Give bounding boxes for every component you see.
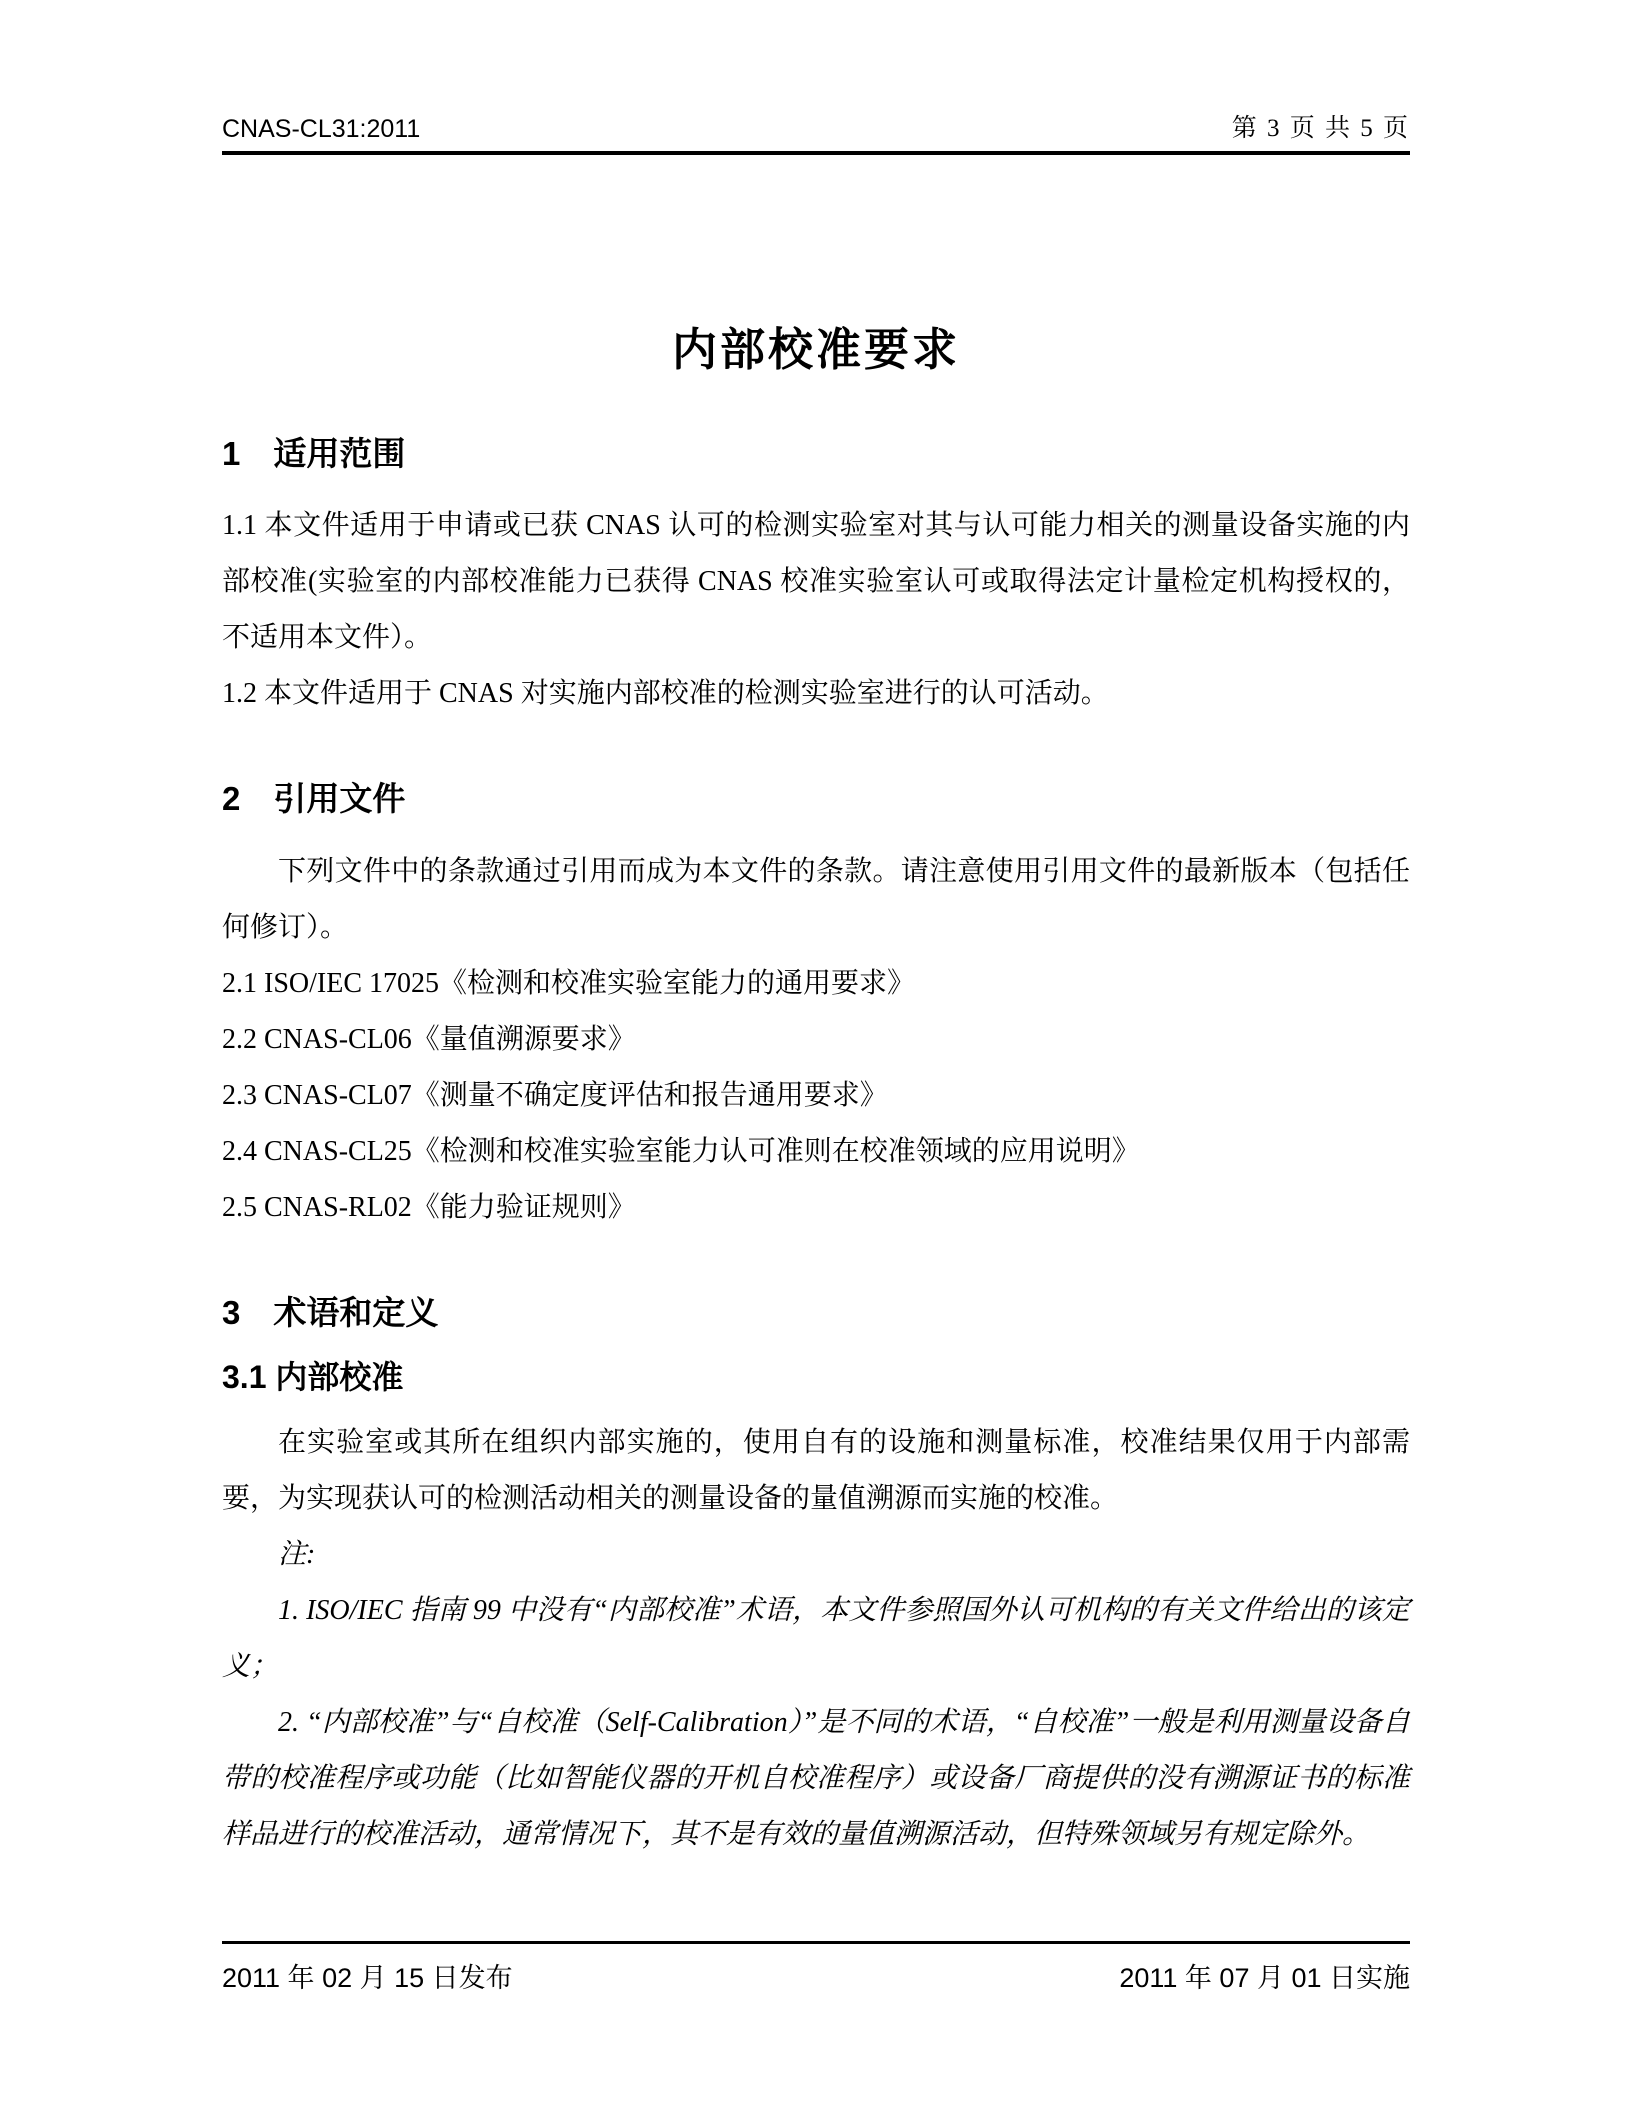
section-3-1-heading: 3.1 内部校准 [222,1357,1410,1397]
note-label: 注: [222,1527,1410,1583]
reference-item-2-4: 2.4 CNAS-CL25《检测和校准实验室能力认可准则在校准领域的应用说明》 [222,1124,1410,1180]
reference-item-2-5: 2.5 CNAS-RL02《能力验证规则》 [222,1180,1410,1236]
page-header: CNAS-CL31:2011 第 3 页 共 5 页 [222,108,1410,155]
section-3-heading: 3 术语和定义 [222,1292,1410,1333]
footer-issue-date: 2011 年 02 月 15 日发布 [222,1956,513,1995]
section-1-heading: 1 适用范围 [222,433,1410,474]
note-item-2: 2. “内部校准”与“自校准（Self-Calibration）”是不同的术语，… [222,1695,1410,1863]
page-footer: 2011 年 02 月 15 日发布 2011 年 07 月 01 日实施 [222,1941,1410,1995]
document-title: 内部校准要求 [222,323,1410,377]
reference-item-2-2: 2.2 CNAS-CL06《量值溯源要求》 [222,1012,1410,1068]
clause-1-1: 1.1 本文件适用于申请或已获 CNAS 认可的检测实验室对其与认可能力相关的测… [222,498,1410,666]
references-intro: 下列文件中的条款通过引用而成为本文件的条款。请注意使用引用文件的最新版本（包括任… [222,844,1410,956]
section-terms: 3 术语和定义 3.1 内部校准 在实验室或其所在组织内部实施的，使用自有的设施… [222,1292,1410,1863]
definition-paragraph: 在实验室或其所在组织内部实施的，使用自有的设施和测量标准，校准结果仅用于内部需要… [222,1415,1410,1527]
section-2-heading: 2 引用文件 [222,778,1410,819]
section-references: 2 引用文件 下列文件中的条款通过引用而成为本文件的条款。请注意使用引用文件的最… [222,778,1410,1235]
reference-item-2-3: 2.3 CNAS-CL07《测量不确定度评估和报告通用要求》 [222,1068,1410,1124]
footer-implement-date: 2011 年 07 月 01 日实施 [1119,1956,1410,1995]
section-scope: 1 适用范围 1.1 本文件适用于申请或已获 CNAS 认可的检测实验室对其与认… [222,433,1410,722]
note-item-1: 1. ISO/IEC 指南 99 中没有“内部校准”术语，本文件参照国外认可机构… [222,1583,1410,1695]
clause-1-2: 1.2 本文件适用于 CNAS 对实施内部校准的检测实验室进行的认可活动。 [222,666,1410,722]
header-doc-code: CNAS-CL31:2011 [222,115,420,144]
reference-item-2-1: 2.1 ISO/IEC 17025《检测和校准实验室能力的通用要求》 [222,956,1410,1012]
document-page: CNAS-CL31:2011 第 3 页 共 5 页 内部校准要求 1 适用范围… [0,0,1632,2112]
header-page-number: 第 3 页 共 5 页 [1232,108,1410,144]
